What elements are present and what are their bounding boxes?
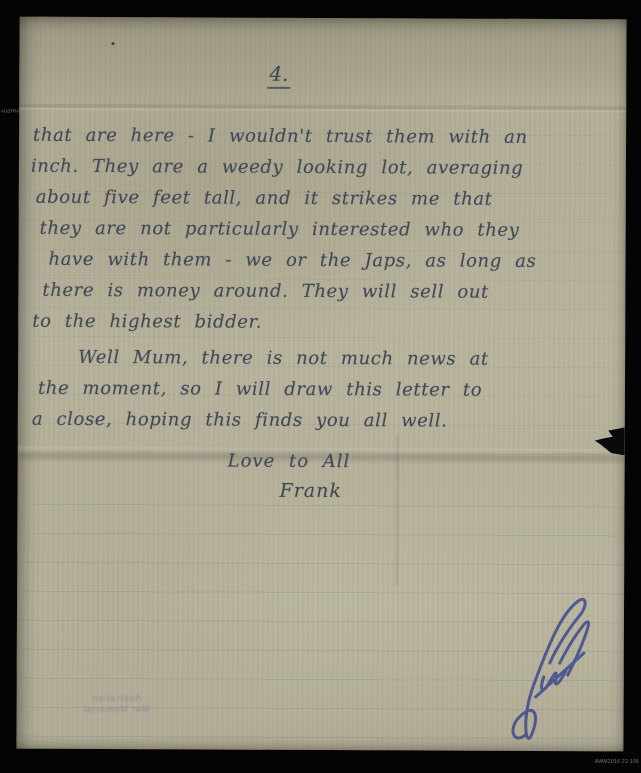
scan-background: AUSTRALIAN WAR MEMORIAL 4. that are here… <box>0 0 641 773</box>
letter-line: the moment, so I will draw this letter t… <box>38 373 605 406</box>
letter-line: Well Mum, there is not much news at <box>78 342 605 375</box>
closing-line: Love to All <box>228 451 351 473</box>
fold-crease-top <box>19 103 626 114</box>
letter-line: about five feet tall, and it strikes me … <box>36 182 606 215</box>
letter-body: that are here - I wouldn't trust them wi… <box>30 120 606 438</box>
ink-speck <box>111 42 114 45</box>
faint-archive-stamp: Australian War Memorial <box>56 692 176 716</box>
archive-id-label: AWM2016 22.105 <box>595 759 639 765</box>
stamp-line: War Memorial <box>57 703 177 716</box>
fold-crease-vertical <box>395 436 401 586</box>
letter-line: inch. They are a weedy looking lot, aver… <box>31 151 606 185</box>
signature-frank: Frank <box>279 480 341 502</box>
letter-line: there is money around. They will sell ou… <box>42 275 605 308</box>
letter-line: they are not particularly interested who… <box>40 213 606 246</box>
letter-line: that are here - I wouldn't trust them wi… <box>33 120 606 153</box>
paper-shading <box>19 17 626 108</box>
vertical-ink-signature <box>495 567 606 752</box>
page-number: 4. <box>267 62 290 89</box>
letter-line: have with them - we or the Japs, as long… <box>48 244 605 277</box>
letter-page: 4. that are here - I wouldn't trust them… <box>16 17 626 752</box>
letter-line: to the highest bidder. <box>32 306 605 339</box>
letter-line: a close, hoping this finds you all well. <box>32 404 605 437</box>
